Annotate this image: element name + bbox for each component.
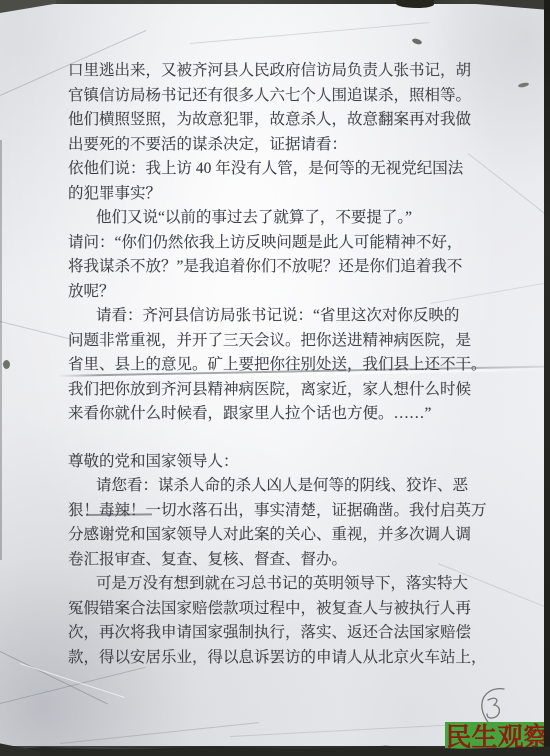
document-line: 狠！毒辣！一切水落石出，事实清楚，证据确凿。我付启英万 <box>68 499 484 524</box>
document-line: 冤假错案合法国家赔偿款项过程中，被复查人与被执行人再 <box>68 597 484 622</box>
document-line: 口里逃出来，又被齐河县人民政府信访局负责人张书记，胡 <box>68 59 484 84</box>
document-line: 卷汇报审查、复查、复核、督查、督办。 <box>68 548 484 573</box>
document-line: 请问：“你们仍然依我上访反映问题是此人可能精神不好， <box>68 231 484 256</box>
document-line: 问题非常重视，并开了三天会议。把你送进精神病医院，是 <box>68 329 484 354</box>
scan-smudge <box>3 360 10 369</box>
document-line: 出要死的不要活的谋杀决定，证据请看： <box>68 133 484 158</box>
document-line: 他们横照竖照，为故意犯罪，故意杀人，故意翻案再对我做 <box>68 108 484 133</box>
watermark-stamp: 民生观察 <box>445 722 550 754</box>
paper-crease <box>0 667 146 704</box>
scan-smudge <box>411 38 422 46</box>
document-line: 我们把你放到齐河县精神病医院，离家近，家人想什么时候 <box>68 378 484 403</box>
document-line: 将我谋杀不放？”是我追着你们不放呢？还是你们追着我不 <box>68 255 484 280</box>
document-line: 请您看：谋杀人命的杀人凶人是何等的阴线、狡诈、恶 <box>68 474 484 499</box>
document-text-block: 口里逃出来，又被齐河县人民政府信访局负责人张书记，胡 官镇信访局杨书记还有很多人… <box>68 59 484 670</box>
document-line: 次，再次将我申请国家强制执行，落实、返还合法国家赔偿 <box>68 621 484 646</box>
document-line: 依他们说：我上访 40 年没有人管，是何等的无视党纪国法 <box>68 157 484 182</box>
document-line: 分感谢党和国家领导人对此案的关心、重视，并多次调人调 <box>68 523 484 548</box>
paper-crease <box>230 724 450 737</box>
document-line: 他们又说“以前的事过去了就算了，不要提了。” <box>68 206 484 231</box>
document-line: 请看：齐河县信访局张书记说：“省里这次对你反映的 <box>68 304 484 329</box>
document-line: 省里、县上的意见。矿上要把你往别处送，我们县上还不干。 <box>68 353 484 378</box>
document-line: 可是万没有想到就在习总书记的英明领导下，落实特大 <box>68 572 484 597</box>
document-line: 官镇信访局杨书记还有很多人六七个人围追谋杀，照相等。 <box>68 84 484 109</box>
document-salutation: 尊敬的党和国家领导人： <box>68 450 484 475</box>
handwritten-page-number <box>476 687 512 727</box>
paper-crease <box>190 22 429 44</box>
document-line: 来看你就什么时候看，跟家里人拉个话也方便。……” <box>68 402 484 427</box>
document-line: 的犯罪事实？ <box>68 182 484 207</box>
paper-crease <box>0 321 78 341</box>
scan-smudge <box>518 82 530 88</box>
paper-crease <box>60 722 259 744</box>
document-line: 款，得以安居乐业，得以息诉罢访的申请人从北京火车站上， <box>68 646 484 671</box>
paper-sheet: 口里逃出来，又被齐河县人民政府信访局负责人张书记，胡 官镇信访局杨书记还有很多人… <box>0 3 545 746</box>
document-line: 放呢？ <box>68 280 484 305</box>
